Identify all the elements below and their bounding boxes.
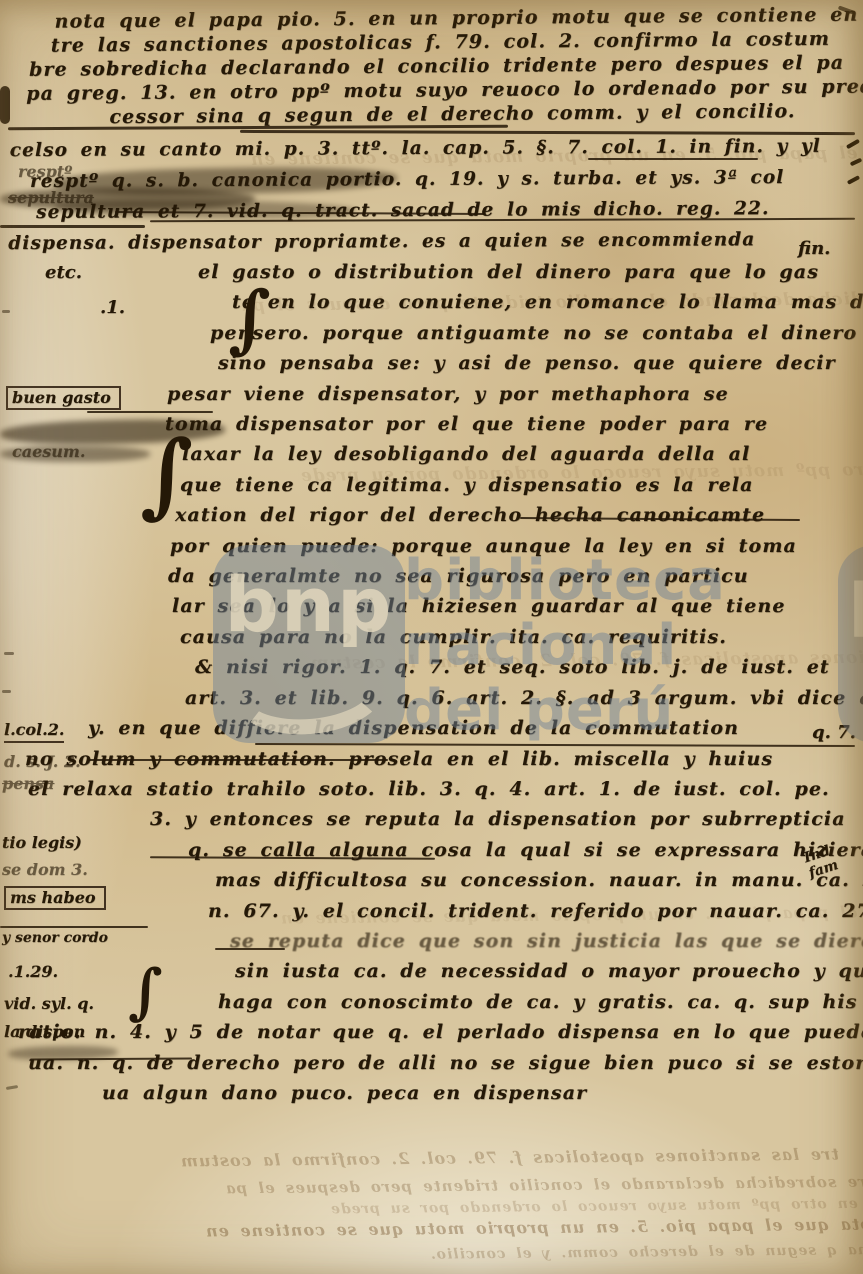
manuscript-line: art. 3. et lib. 9. q. 6. art. 2. §. ad 3… bbox=[185, 683, 863, 713]
bleedthrough-line: tre las sanctiones apostolicas f. 79. co… bbox=[180, 1145, 839, 1171]
bleedthrough-line: cessor sina q segun de el derecho comm. … bbox=[430, 1241, 863, 1262]
ink-speck bbox=[4, 652, 14, 655]
ink-rule bbox=[215, 948, 285, 950]
fin-fragment: fin. bbox=[798, 238, 830, 259]
margin-note-ms-habeo: ms habeo bbox=[4, 886, 106, 910]
margin-note-tio-legis: tio legis) bbox=[2, 833, 82, 852]
margin-note-vid-syl: vid. syl. q. bbox=[4, 994, 94, 1013]
manuscript-line: q. se calla alguna cosa la qual si se ex… bbox=[188, 835, 863, 865]
manuscript-page: nota que el papa pio. 5. en un proprio m… bbox=[0, 0, 863, 1274]
manuscript-line: el gasto o distribution del dinero para … bbox=[198, 257, 863, 287]
margin-note-pensa: pensa bbox=[2, 774, 54, 793]
ink-speck bbox=[2, 310, 10, 313]
manuscript-line: por quien puede: porque aunque la ley en… bbox=[170, 531, 863, 561]
manuscript-line: dispensa. dispensator propriamte. es a q… bbox=[8, 224, 821, 259]
manuscript-line: mas difficultosa su concession. nauar. i… bbox=[215, 865, 863, 895]
manuscript-line: & nisi rigor. 1. q. 7. et seq. soto lib.… bbox=[195, 652, 863, 682]
margin-note-la-dispen: la dispen bbox=[4, 1022, 85, 1041]
margin-note-etc: etc. bbox=[45, 262, 82, 283]
manuscript-line: xation del rigor del derecho hecha canon… bbox=[175, 500, 863, 530]
manuscript-line: lar sea lo y a si la hiziesen guardar al… bbox=[172, 591, 863, 621]
manuscript-line: da generalmte no sea rigurosa pero en pa… bbox=[168, 561, 863, 591]
manuscript-line: toma dispensator por el que tiene poder … bbox=[165, 409, 863, 439]
manuscript-line: el relaxa statio trahilo soto. lib. 3. q… bbox=[28, 774, 863, 804]
manuscript-line: te en lo que conuiene, en romance lo lla… bbox=[232, 287, 863, 317]
brace-flourish: ∫ bbox=[228, 282, 271, 356]
margin-note-lcol2: l.col.2. bbox=[4, 720, 64, 743]
body-paragraph: el gasto o distribution del dinero para … bbox=[140, 257, 863, 1108]
manuscript-line: se reputa dice que son sin justicia las … bbox=[230, 926, 863, 956]
header-paragraph: nota que el papa pio. 5. en un proprio m… bbox=[54, 2, 863, 129]
manuscript-line: haga con conoscimto de ca. y gratis. ca.… bbox=[218, 987, 863, 1017]
ink-rule bbox=[88, 759, 388, 761]
margin-note-n129: .1.29. bbox=[8, 962, 58, 981]
manuscript-line: celso en su canto mi. p. 3. ttº. la. cap… bbox=[10, 131, 821, 166]
q7-fragment: q. 7. bbox=[812, 722, 856, 743]
margin-note-y-senor: y senor cordo bbox=[2, 930, 108, 946]
bleedthrough-line: bre sobredicha declarando el concilio tr… bbox=[225, 1173, 863, 1198]
ink-smudge bbox=[0, 446, 150, 462]
ink-speck bbox=[2, 690, 11, 693]
margin-note-se-dom: se dom 3. bbox=[2, 860, 88, 879]
ink-speck bbox=[0, 86, 10, 124]
manuscript-line: y. en que diffiere la dispensation de la… bbox=[88, 713, 863, 743]
manuscript-line: ua. n. q. de derecho pero de alli no se … bbox=[28, 1048, 863, 1078]
manuscript-line: pensero. porque antiguamte no se contaba… bbox=[210, 318, 863, 348]
manuscript-line: n. 67. y. el concil. trident. referido p… bbox=[208, 896, 863, 926]
ink-speck bbox=[847, 175, 860, 185]
manuscript-line: causa para no la cumplir. ita. ca. requi… bbox=[180, 622, 863, 652]
ink-rule bbox=[87, 411, 213, 413]
manuscript-line: laxar la ley desobligando del aguarda de… bbox=[182, 439, 863, 469]
margin-note-buen-gasto: buen gasto bbox=[6, 386, 121, 410]
bleedthrough-line: pa greg. 13. en otro ppº motu suyo reuoc… bbox=[330, 1195, 863, 1218]
manuscript-line: ua algun dano puco. peca en dispensar bbox=[102, 1078, 863, 1108]
margin-note-num1: .1. bbox=[100, 297, 125, 318]
manuscript-line: que tiene ca legitima. y dispensatio es … bbox=[180, 470, 863, 500]
manuscript-line: pesar viene dispensator, y por methaphor… bbox=[167, 379, 863, 409]
ink-speck bbox=[6, 1085, 18, 1090]
ink-rule bbox=[0, 926, 148, 928]
margin-note-dsj2: d. s. J. 2. bbox=[4, 752, 81, 771]
ink-rule bbox=[0, 225, 145, 228]
manuscript-line: sin iusta ca. de necessidad o mayor prou… bbox=[235, 956, 863, 986]
bleedthrough-line: nota que el papa pio. 5. en un proprio m… bbox=[205, 1214, 863, 1240]
brace-flourish: ∫ bbox=[128, 962, 163, 1022]
ink-rule bbox=[588, 158, 758, 160]
manuscript-line: 3. y entonces se reputa la dispensation … bbox=[150, 804, 863, 834]
manuscript-line: sino pensaba se: y asi de penso. que qui… bbox=[218, 348, 863, 378]
